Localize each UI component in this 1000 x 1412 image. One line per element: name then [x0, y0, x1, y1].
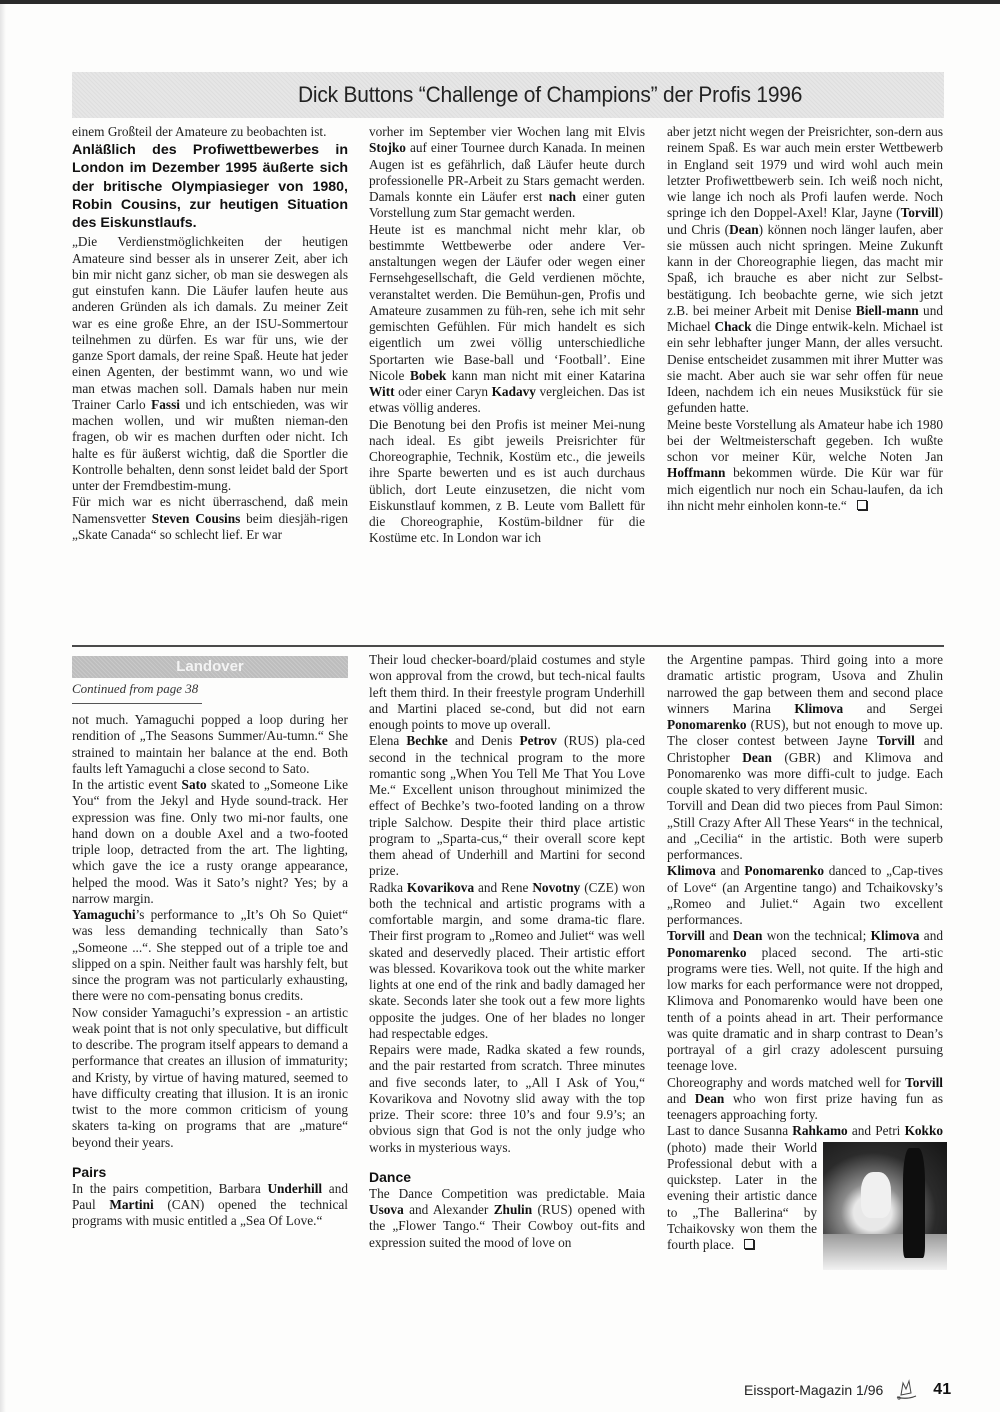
- page-binding-shadow: [0, 4, 6, 1412]
- page-top-edge: [0, 0, 1000, 4]
- page-title: Dick Buttons “Challenge of Champions” de…: [298, 82, 802, 108]
- name-fassi: Fassi: [151, 397, 180, 412]
- article-en-column-3: the Argentine pampas. Third going into a…: [667, 652, 943, 1270]
- subhead-dance: Dance: [369, 1169, 645, 1186]
- paragraph: einem Großteil der Amateure zu beobachte…: [72, 124, 348, 140]
- paragraph: Last to dance Susanna Rahkamo and Petri …: [667, 1123, 943, 1253]
- continued-rule: [72, 703, 202, 704]
- page-number: 41: [933, 1381, 951, 1399]
- paragraph: Choreography and words matched well for …: [667, 1075, 943, 1124]
- continued-note: Continued from page 38: [72, 681, 348, 697]
- paragraph: Repairs were made, Radka skated a few ro…: [369, 1042, 645, 1156]
- paragraph: not much. Yamaguchi popped a loop during…: [72, 712, 348, 777]
- lead-paragraph: Anläßlich des Profiwettbewerbes in Londo…: [72, 141, 348, 232]
- page-footer: Eissport-Magazin 1/96 41: [744, 1379, 951, 1401]
- article-en-column-2: Their loud checker-board/plaid costumes …: [369, 652, 645, 1251]
- paragraph: Their loud checker-board/plaid costumes …: [369, 652, 645, 733]
- paragraph: Radka Kovarikova and Rene Novotny (CZE) …: [369, 880, 645, 1043]
- paragraph: Elena Bechke and Denis Petrov (RUS) pla-…: [369, 733, 645, 879]
- paragraph: Torvill and Dean won the technical; Klim…: [667, 928, 943, 1074]
- subhead-pairs: Pairs: [72, 1164, 348, 1181]
- skaters-photo: [823, 1142, 947, 1270]
- paragraph: Heute ist es manchmal nicht mehr klar, o…: [369, 222, 645, 417]
- paragraph: Yamaguchi’s performance to „It’s Oh So Q…: [72, 907, 348, 1005]
- name-steven-cousins: Steven Cousins: [152, 511, 241, 526]
- paragraph: Für mich war es nicht überraschend, daß …: [72, 494, 348, 543]
- article-de-column-3: aber jetzt nicht wegen der Preisrichter,…: [667, 124, 943, 514]
- article-de-column-1: einem Großteil der Amateure zu beobachte…: [72, 124, 348, 543]
- paragraph: Klimova and Ponomarenko danced to „Cap-t…: [667, 863, 943, 928]
- paragraph: Die Benotung bei den Profis ist meiner M…: [369, 417, 645, 547]
- section-divider: [72, 645, 944, 647]
- magazine-issue: Eissport-Magazin 1/96: [744, 1382, 883, 1398]
- paragraph: aber jetzt nicht wegen der Preisrichter,…: [667, 124, 943, 417]
- paragraph: Meine beste Vorstellung als Amateur habe…: [667, 417, 943, 515]
- section-header-landover: Landover: [72, 656, 348, 678]
- end-of-article-icon: [744, 1239, 754, 1249]
- header-banner: Dick Buttons “Challenge of Champions” de…: [72, 72, 944, 118]
- skate-logo-icon: [893, 1379, 919, 1401]
- paragraph: Torvill and Dean did two pieces from Pau…: [667, 798, 943, 863]
- paragraph: Now consider Yamaguchi’s expression - an…: [72, 1005, 348, 1151]
- article-de-column-2: vorher im September vier Wochen lang mit…: [369, 124, 645, 547]
- paragraph: „Die Verdienstmöglichkeiten der heutigen…: [72, 234, 348, 494]
- article-en-column-1: Landover Continued from page 38 not much…: [72, 648, 348, 1230]
- paragraph: In the pairs competition, Barbara Underh…: [72, 1181, 348, 1230]
- paragraph: vorher im September vier Wochen lang mit…: [369, 124, 645, 222]
- paragraph: the Argentine pampas. Third going into a…: [667, 652, 943, 798]
- paragraph: The Dance Competition was predictable. M…: [369, 1186, 645, 1251]
- end-of-article-icon: [857, 500, 867, 510]
- paragraph: In the artistic event Sato skated to „So…: [72, 777, 348, 907]
